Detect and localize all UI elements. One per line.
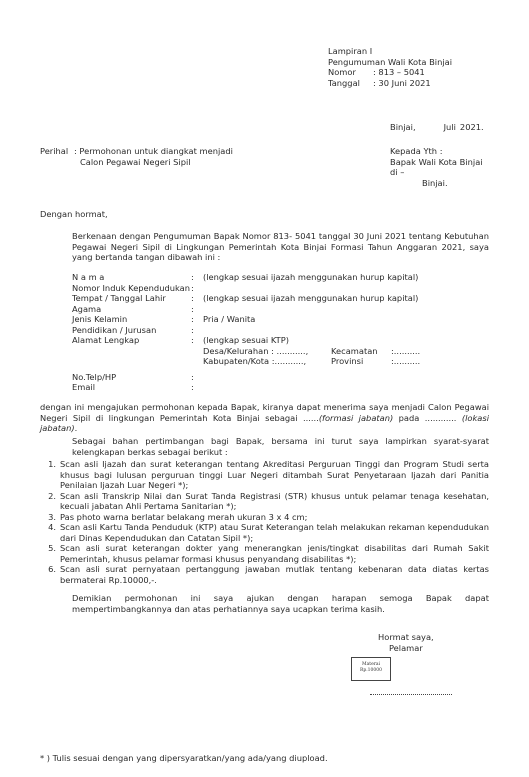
field-colon: : bbox=[191, 304, 203, 315]
nomor-value: : 813 – 5041 bbox=[373, 67, 425, 78]
lampiran-subtitle: Pengumuman Wali Kota Binjai bbox=[328, 57, 452, 68]
closing-paragraph: Demikian permohonan ini saya ajukan deng… bbox=[40, 593, 489, 614]
list-text: Scan asli Kartu Tanda Penduduk (KTP) ata… bbox=[56, 522, 489, 543]
list-item: 5.Scan asli surat keterangan dokter yang… bbox=[40, 543, 489, 564]
request-paragraph: dengan ini mengajukan permohonan kepada … bbox=[40, 402, 489, 434]
field-value: (lengkap sesuai KTP) bbox=[203, 335, 289, 346]
address-row-1: Desa/Kelurahan : ..........., Kecamatan … bbox=[72, 346, 420, 357]
list-item: 2.Scan asli Transkrip Nilai dan Surat Ta… bbox=[40, 491, 489, 512]
signature-greeting: Hormat saya, bbox=[378, 632, 434, 643]
field-row: Agama: bbox=[72, 304, 420, 315]
field-row: Alamat Lengkap:(lengkap sesuai KTP) bbox=[72, 335, 420, 346]
list-number: 2. bbox=[40, 491, 56, 512]
request-text: . bbox=[75, 423, 78, 433]
list-text: Scan asli surat keterangan dokter yang m… bbox=[56, 543, 489, 564]
footnote: * ) Tulis sesuai dengan yang dipersyarat… bbox=[40, 753, 328, 764]
field-label: Email bbox=[72, 382, 191, 393]
field-colon: : bbox=[191, 314, 203, 325]
perihal-block: Perihal : Permohonan untuk diangkat menj… bbox=[40, 146, 233, 167]
list-number: 6. bbox=[40, 564, 56, 585]
address-row-2: Kabupaten/Kota :..........., Provinsi :.… bbox=[72, 356, 420, 367]
salutation: Dengan hormat, bbox=[40, 209, 108, 220]
recipient-city: Binjai. bbox=[390, 178, 483, 189]
lampiran-tanggal: Tanggal : 30 Juni 2021 bbox=[328, 78, 452, 89]
list-item: 4.Scan asli Kartu Tanda Penduduk (KTP) a… bbox=[40, 522, 489, 543]
address-provinsi-value: :.......... bbox=[391, 356, 420, 367]
field-row: Email: bbox=[72, 382, 420, 393]
stamp-value: Rp.10000 bbox=[352, 668, 390, 674]
perihal-label: Perihal bbox=[40, 146, 74, 167]
list-text: Pas photo warna berlatar belakang merah … bbox=[56, 512, 489, 523]
field-label: N a m a bbox=[72, 272, 191, 283]
field-row: Tempat / Tanggal Lahir:(lengkap sesuai i… bbox=[72, 293, 420, 304]
list-text: Scan asli Transkrip Nilai dan Surat Tand… bbox=[56, 491, 489, 512]
field-label: Pendidikan / Jurusan bbox=[72, 325, 191, 336]
recipient-name: Bapak Wali Kota Binjai bbox=[390, 157, 483, 168]
list-item: 1.Scan asli Ijazah dan surat keterangan … bbox=[40, 459, 489, 491]
field-colon: : bbox=[191, 325, 203, 336]
address-kabupaten: Kabupaten/Kota :..........., bbox=[203, 356, 331, 367]
list-number: 4. bbox=[40, 522, 56, 543]
address-kecamatan-value: :.......... bbox=[391, 346, 420, 357]
date-month: Juli bbox=[444, 122, 456, 132]
field-label: Jenis Kelamin bbox=[72, 314, 191, 325]
attachments-intro-text: Sebagai bahan pertimbangan bagi Bapak, b… bbox=[40, 436, 489, 457]
lampiran-title: Lampiran I bbox=[328, 46, 452, 57]
field-label: Alamat Lengkap bbox=[72, 335, 191, 346]
perihal-line1: : Permohonan untuk diangkat menjadi bbox=[74, 146, 233, 157]
field-colon: : bbox=[191, 382, 203, 393]
closing-paragraph-text: Demikian permohonan ini saya ajukan deng… bbox=[40, 593, 489, 614]
list-item: 6.Scan asli surat pernyataan pertanggung… bbox=[40, 564, 489, 585]
opening-paragraph-text: Berkenaan dengan Pengumuman Bapak Nomor … bbox=[40, 231, 489, 263]
lampiran-block: Lampiran I Pengumuman Wali Kota Binjai N… bbox=[328, 46, 452, 88]
signature-line bbox=[370, 694, 452, 695]
field-row: Jenis Kelamin:Pria / Wanita bbox=[72, 314, 420, 325]
field-row: Pendidikan / Jurusan: bbox=[72, 325, 420, 336]
perihal-line2: Calon Pegawai Negeri Sipil bbox=[74, 157, 233, 168]
signature-role: Pelamar bbox=[378, 643, 434, 654]
field-colon: : bbox=[191, 372, 203, 383]
field-colon: : bbox=[191, 293, 203, 304]
identity-fields: N a m a:(lengkap sesuai ijazah menggunak… bbox=[72, 272, 420, 393]
nomor-label: Nomor bbox=[328, 67, 373, 78]
list-number: 1. bbox=[40, 459, 56, 491]
tanggal-value: : 30 Juni 2021 bbox=[373, 78, 431, 89]
recipient-greeting: Kepada Yth : bbox=[390, 146, 483, 157]
field-value: (lengkap sesuai ijazah menggunakan hurup… bbox=[203, 272, 418, 283]
address-desa: Desa/Kelurahan : ..........., bbox=[203, 346, 331, 357]
recipient-di: di – bbox=[390, 167, 483, 178]
signature-block: Hormat saya, Pelamar bbox=[378, 632, 434, 653]
list-number: 5. bbox=[40, 543, 56, 564]
opening-paragraph: Berkenaan dengan Pengumuman Bapak Nomor … bbox=[40, 231, 489, 263]
lampiran-nomor: Nomor : 813 – 5041 bbox=[328, 67, 452, 78]
field-row: N a m a:(lengkap sesuai ijazah menggunak… bbox=[72, 272, 420, 283]
field-label: Nomor Induk Kependudukan bbox=[72, 283, 191, 294]
field-colon: : bbox=[191, 272, 203, 283]
address-kecamatan-label: Kecamatan bbox=[331, 346, 391, 357]
list-text: Scan asli Ijazah dan surat keterangan te… bbox=[56, 459, 489, 491]
field-colon: : bbox=[191, 283, 203, 294]
field-value: Pria / Wanita bbox=[203, 314, 255, 325]
list-item: 3.Pas photo warna berlatar belakang mera… bbox=[40, 512, 489, 523]
tanggal-label: Tanggal bbox=[328, 78, 373, 89]
field-colon: : bbox=[191, 335, 203, 346]
field-label: Tempat / Tanggal Lahir bbox=[72, 293, 191, 304]
date-year: 2021. bbox=[460, 122, 484, 132]
formasi-jabatan-placeholder: (formasi jabatan) bbox=[319, 413, 393, 423]
request-text: pada ............ bbox=[393, 413, 462, 423]
field-value: (lengkap sesuai ijazah menggunakan hurup… bbox=[203, 293, 418, 304]
field-label: Agama bbox=[72, 304, 191, 315]
letter-date: Binjai,Juli2021. bbox=[390, 122, 484, 133]
date-city: Binjai, bbox=[390, 122, 416, 132]
materai-stamp-box: Materai Rp.10000 bbox=[351, 657, 391, 681]
attachments-intro: Sebagai bahan pertimbangan bagi Bapak, b… bbox=[40, 436, 489, 457]
field-row: No.Telp/HP: bbox=[72, 372, 420, 383]
field-label: No.Telp/HP bbox=[72, 372, 191, 383]
list-text: Scan asli surat pernyataan pertanggung j… bbox=[56, 564, 489, 585]
address-provinsi-label: Provinsi bbox=[331, 356, 391, 367]
list-number: 3. bbox=[40, 512, 56, 523]
recipient-block: Kepada Yth : Bapak Wali Kota Binjai di –… bbox=[390, 146, 483, 188]
attachments-list: 1.Scan asli Ijazah dan surat keterangan … bbox=[40, 459, 489, 585]
field-row: Nomor Induk Kependudukan: bbox=[72, 283, 420, 294]
